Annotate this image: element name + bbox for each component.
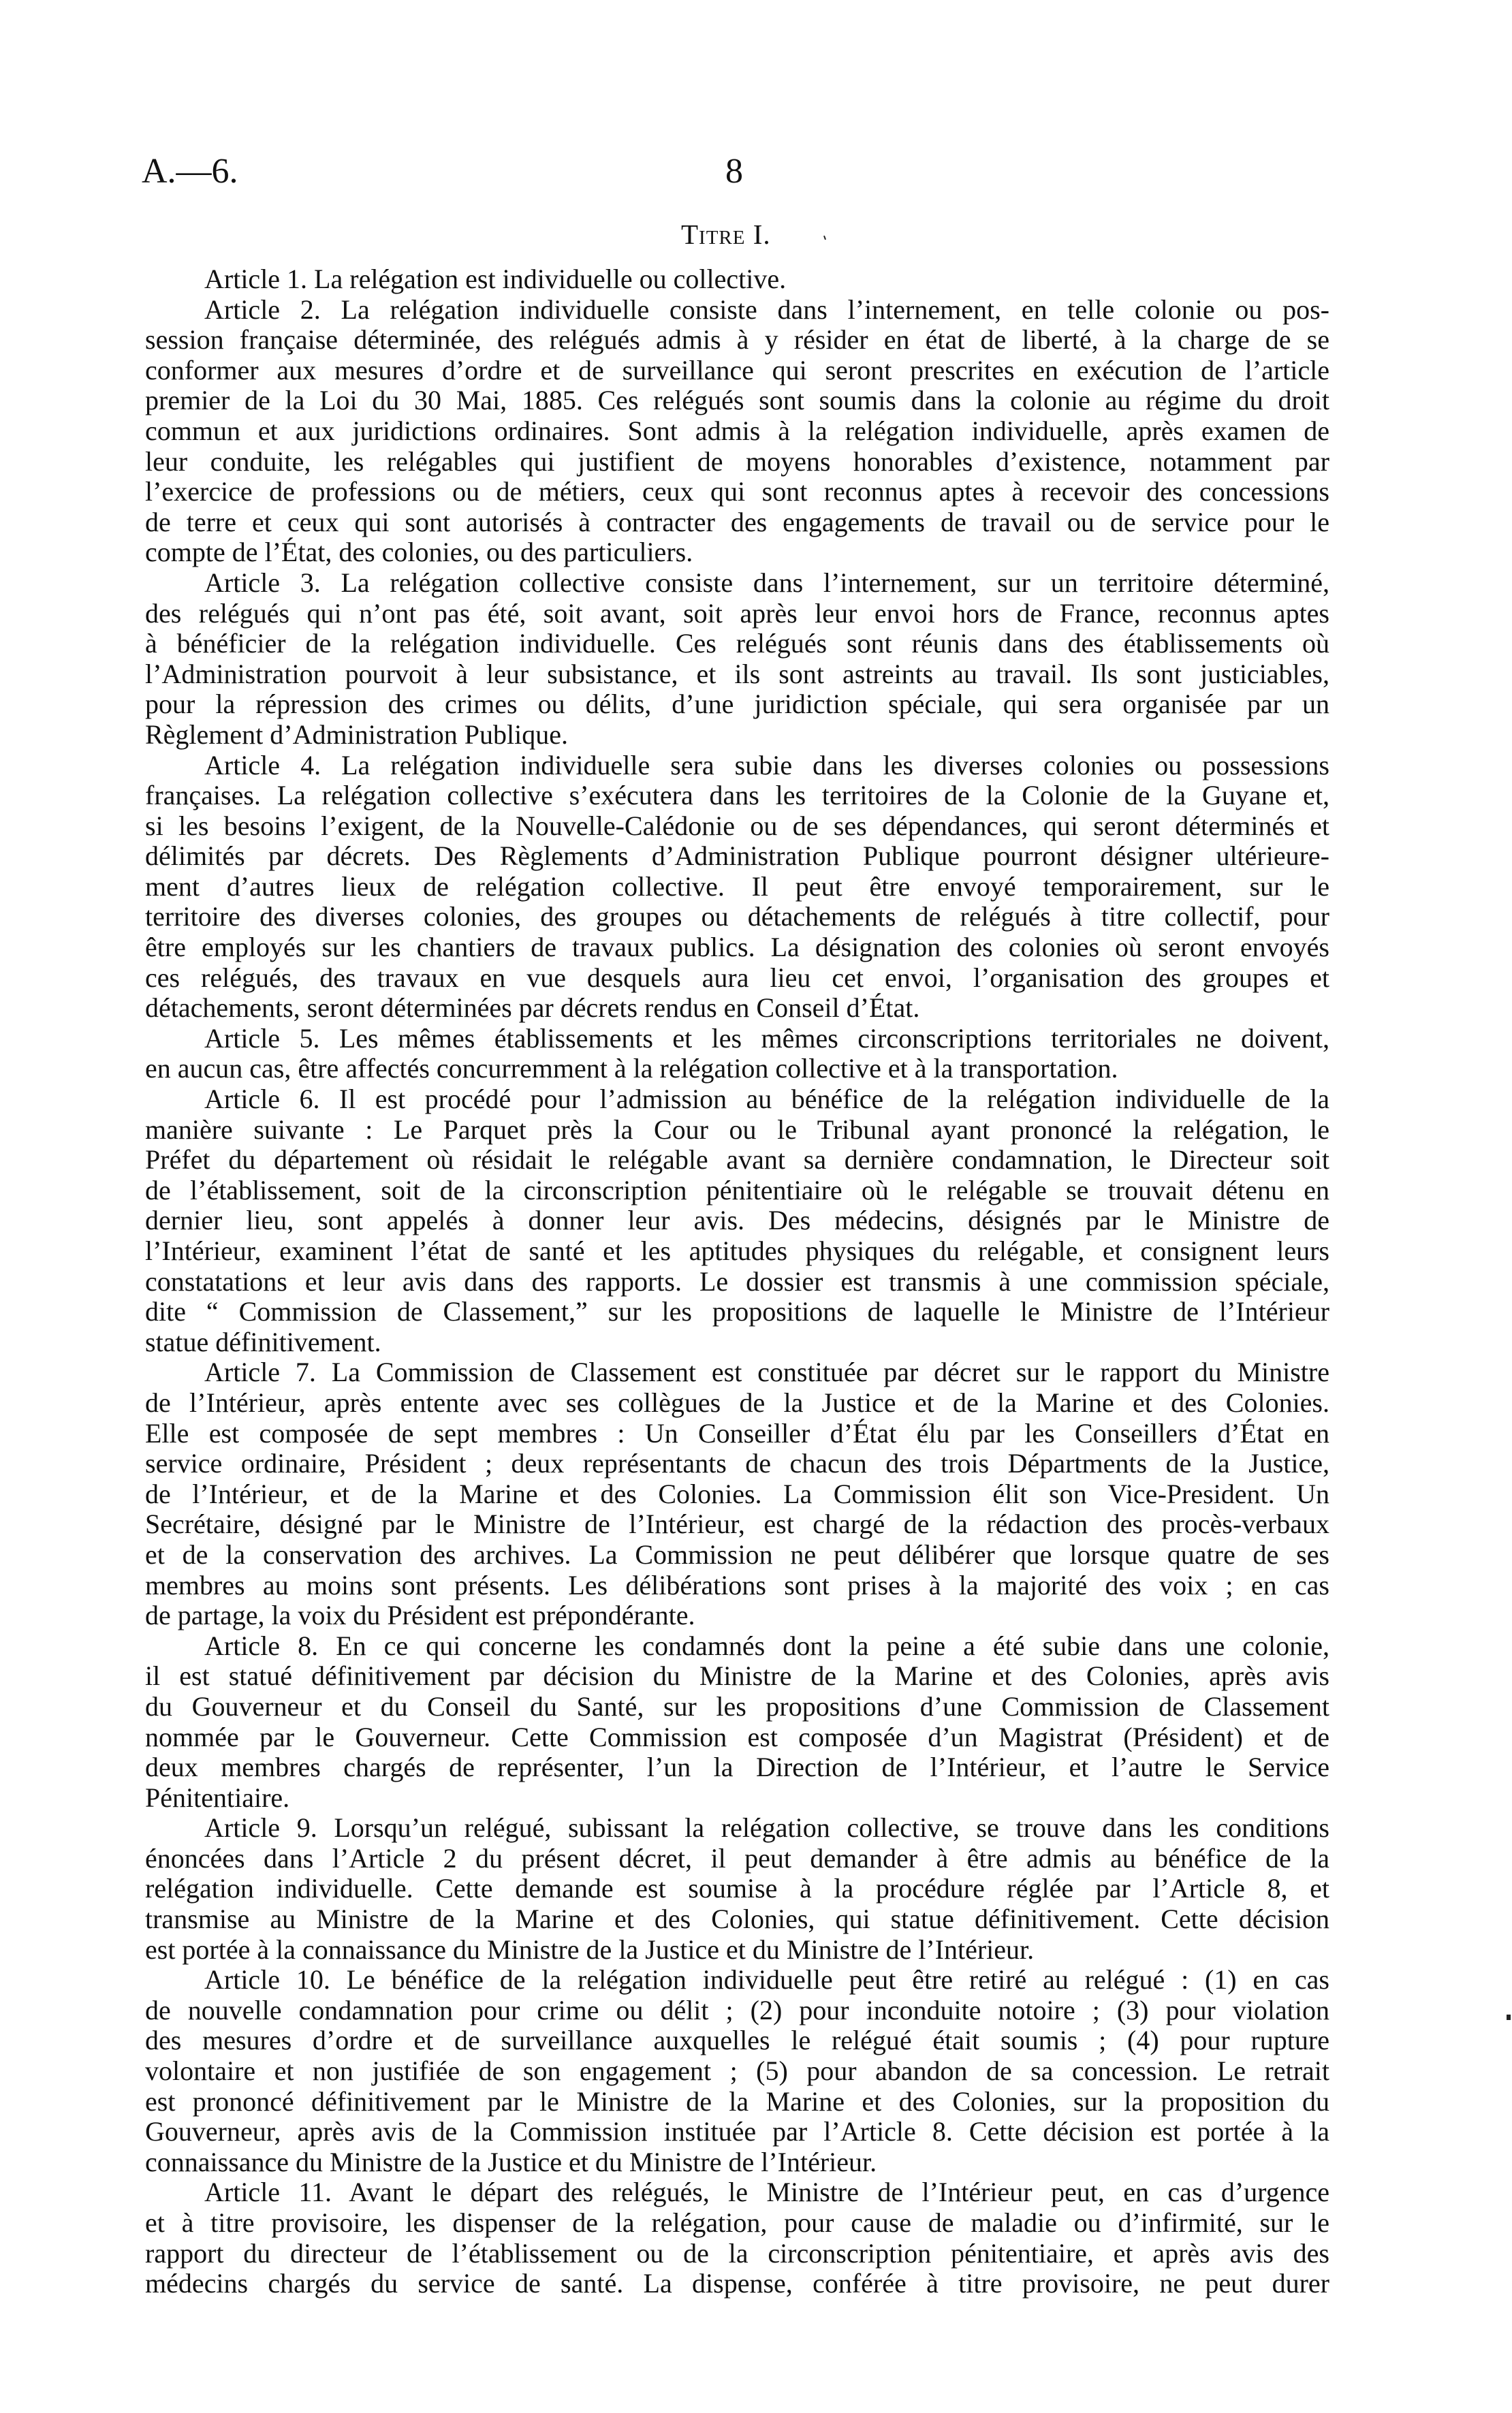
page-number: 8 <box>725 154 743 189</box>
article-heading-line: Article 7. La Commission de Classement e… <box>145 1357 1329 1388</box>
article-text-line: détachements, seront déterminées par déc… <box>145 993 1329 1024</box>
article-2: Article 2. La relégation individuelle co… <box>145 295 1329 568</box>
article-text-line: de l’Intérieur, après entente avec ses c… <box>145 1388 1329 1419</box>
article-text-line: Secrétaire, désigné par le Ministre de l… <box>145 1509 1329 1540</box>
article-text-line: transmise au Ministre de la Marine et de… <box>145 1904 1329 1935</box>
article-text-line: Règlement d’Administration Publique. <box>145 720 1329 751</box>
article-text-line: ces relégués, des travaux en vue desquel… <box>145 963 1329 994</box>
article-4: Article 4. La relégation individuelle se… <box>145 751 1329 1024</box>
article-text-line: des mesures d’ordre et de surveillance a… <box>145 2025 1329 2056</box>
article-text-line: leur conduite, les relégables qui justif… <box>145 447 1329 477</box>
article-text-line: Préfet du département où résidait le rel… <box>145 1145 1329 1176</box>
article-text-line: relégation individuelle. Cette demande e… <box>145 1874 1329 1904</box>
series-label: A.—6. <box>142 154 238 189</box>
article-text-line: il est statué définitivement par décisio… <box>145 1661 1329 1692</box>
article-text-line: conformer aux mesures d’ordre et de surv… <box>145 356 1329 386</box>
article-text-line: deux membres chargés de représenter, l’u… <box>145 1752 1329 1783</box>
article-text-line: de l’établissement, soit de la circonscr… <box>145 1176 1329 1206</box>
scan-speck <box>823 236 826 240</box>
article-text-line: de nouvelle condamnation pour crime ou d… <box>145 1996 1329 2026</box>
article-7: Article 7. La Commission de Classement e… <box>145 1357 1329 1630</box>
article-9: Article 9. Lorsqu’un relégué, subissant … <box>145 1813 1329 1965</box>
article-text-line: service ordinaire, Président ; deux repr… <box>145 1449 1329 1479</box>
article-text-line: françaises. La relégation collective s’e… <box>145 780 1329 811</box>
article-text-line: territoire des diverses colonies, des gr… <box>145 902 1329 932</box>
article-text-line: statue définitivement. <box>145 1327 1329 1358</box>
article-text-line: est prononcé définitivement par le Minis… <box>145 2087 1329 2117</box>
article-text-line: session française déterminée, des relégu… <box>145 325 1329 356</box>
article-text-line: et de la conservation des archives. La C… <box>145 1540 1329 1571</box>
article-8: Article 8. En ce qui concerne les condam… <box>145 1631 1329 1814</box>
article-heading-line: Article 9. Lorsqu’un relégué, subissant … <box>145 1813 1329 1844</box>
article-text-line: pour la répression des crimes ou délits,… <box>145 689 1329 720</box>
article-text-line: dite “ Commission de Classement,” sur le… <box>145 1297 1329 1327</box>
article-text-line: de l’Intérieur, et de la Marine et des C… <box>145 1479 1329 1510</box>
article-text-line: compte de l’État, des colonies, ou des p… <box>145 537 1329 568</box>
article-text-line: ment d’autres lieux de relégation collec… <box>145 872 1329 902</box>
article-heading-line: Article 6. Il est procédé pour l’admissi… <box>145 1084 1329 1115</box>
article-heading-line: Article 4. La relégation individuelle se… <box>145 751 1329 781</box>
article-text-line: de partage, la voix du Président est pré… <box>145 1600 1329 1631</box>
article-text-line: l’Intérieur, examinent l’état de santé e… <box>145 1236 1329 1267</box>
article-text-line: premier de la Loi du 30 Mai, 1885. Ces r… <box>145 385 1329 416</box>
article-text-line: membres au moins sont présents. Les déli… <box>145 1571 1329 1601</box>
article-text-line: délimités par décrets. Des Règlements d’… <box>145 841 1329 872</box>
article-text-line: de terre et ceux qui sont autorisés à co… <box>145 507 1329 538</box>
article-text-line: du Gouverneur et du Conseil du Santé, su… <box>145 1692 1329 1722</box>
article-text-line: à bénéficier de la relégation individuel… <box>145 629 1329 659</box>
article-text-line: commun et aux juridictions ordinaires. S… <box>145 416 1329 447</box>
article-text-line: être employés sur les chantiers de trava… <box>145 932 1329 963</box>
article-text-line: et à titre provisoire, les dispenser de … <box>145 2208 1329 2239</box>
article-heading-line: Article 10. Le bénéfice de la relégation… <box>145 1965 1329 1996</box>
article-heading-line: Article 11. Avant le départ des relégués… <box>145 2177 1329 2208</box>
article-text-line: des relégués qui n’ont pas été, soit ava… <box>145 599 1329 629</box>
article-text-line: est portée à la connaissance du Ministre… <box>145 1935 1329 1966</box>
article-10: Article 10. Le bénéfice de la relégation… <box>145 1965 1329 2177</box>
article-text-line: dernier lieu, sont appelés à donner leur… <box>145 1205 1329 1236</box>
article-text-line: connaissance du Ministre de la Justice e… <box>145 2147 1329 2178</box>
article-3: Article 3. La relégation collective cons… <box>145 568 1329 751</box>
articles-body: Article 1. La relégation est individuell… <box>145 264 1329 2299</box>
article-text-line: Pénitentiaire. <box>145 1783 1329 1814</box>
article-text-line: manière suivante : Le Parquet près la Co… <box>145 1115 1329 1146</box>
article-1: Article 1. La relégation est individuell… <box>145 264 1329 295</box>
article-text-line: l’exercice de professions ou de métiers,… <box>145 477 1329 507</box>
article-text-line: volontaire et non justifiée de son engag… <box>145 2056 1329 2087</box>
article-6: Article 6. Il est procédé pour l’admissi… <box>145 1084 1329 1357</box>
article-heading-line: Article 3. La relégation collective cons… <box>145 568 1329 599</box>
article-text-line: constatations et leur avis dans des rapp… <box>145 1267 1329 1297</box>
article-text-line: Elle est composée de sept membres : Un C… <box>145 1419 1329 1449</box>
article-text-line: en aucun cas, être affectés concurremmen… <box>145 1054 1329 1084</box>
article-text-line: rapport du directeur de l’établissement … <box>145 2239 1329 2269</box>
article-text-line: si les besoins l’exigent, de la Nouvelle… <box>145 811 1329 842</box>
article-11: Article 11. Avant le départ des relégués… <box>145 2177 1329 2299</box>
article-text-line: nommée par le Gouverneur. Cette Commissi… <box>145 1722 1329 1753</box>
scan-speck <box>1507 2015 1511 2020</box>
article-text-line: énoncées dans l’Article 2 du présent déc… <box>145 1844 1329 1874</box>
article-heading-line: Article 2. La relégation individuelle co… <box>145 295 1329 326</box>
article-heading-line: Article 8. En ce qui concerne les condam… <box>145 1631 1329 1662</box>
section-title: Titre I. <box>681 219 771 249</box>
article-text-line: l’Administration pourvoit à leur subsist… <box>145 659 1329 690</box>
article-heading-line: Article 5. Les mêmes établissements et l… <box>145 1024 1329 1054</box>
article-5: Article 5. Les mêmes établissements et l… <box>145 1024 1329 1084</box>
article-text-line: médecins chargés du service de santé. La… <box>145 2269 1329 2299</box>
article-text-line: Gouverneur, après avis de la Commission … <box>145 2117 1329 2147</box>
document-page: A.—6. 8 Titre I. Article 1. La relégatio… <box>0 0 1512 2413</box>
article-heading-line: Article 1. La relégation est individuell… <box>145 264 1329 295</box>
